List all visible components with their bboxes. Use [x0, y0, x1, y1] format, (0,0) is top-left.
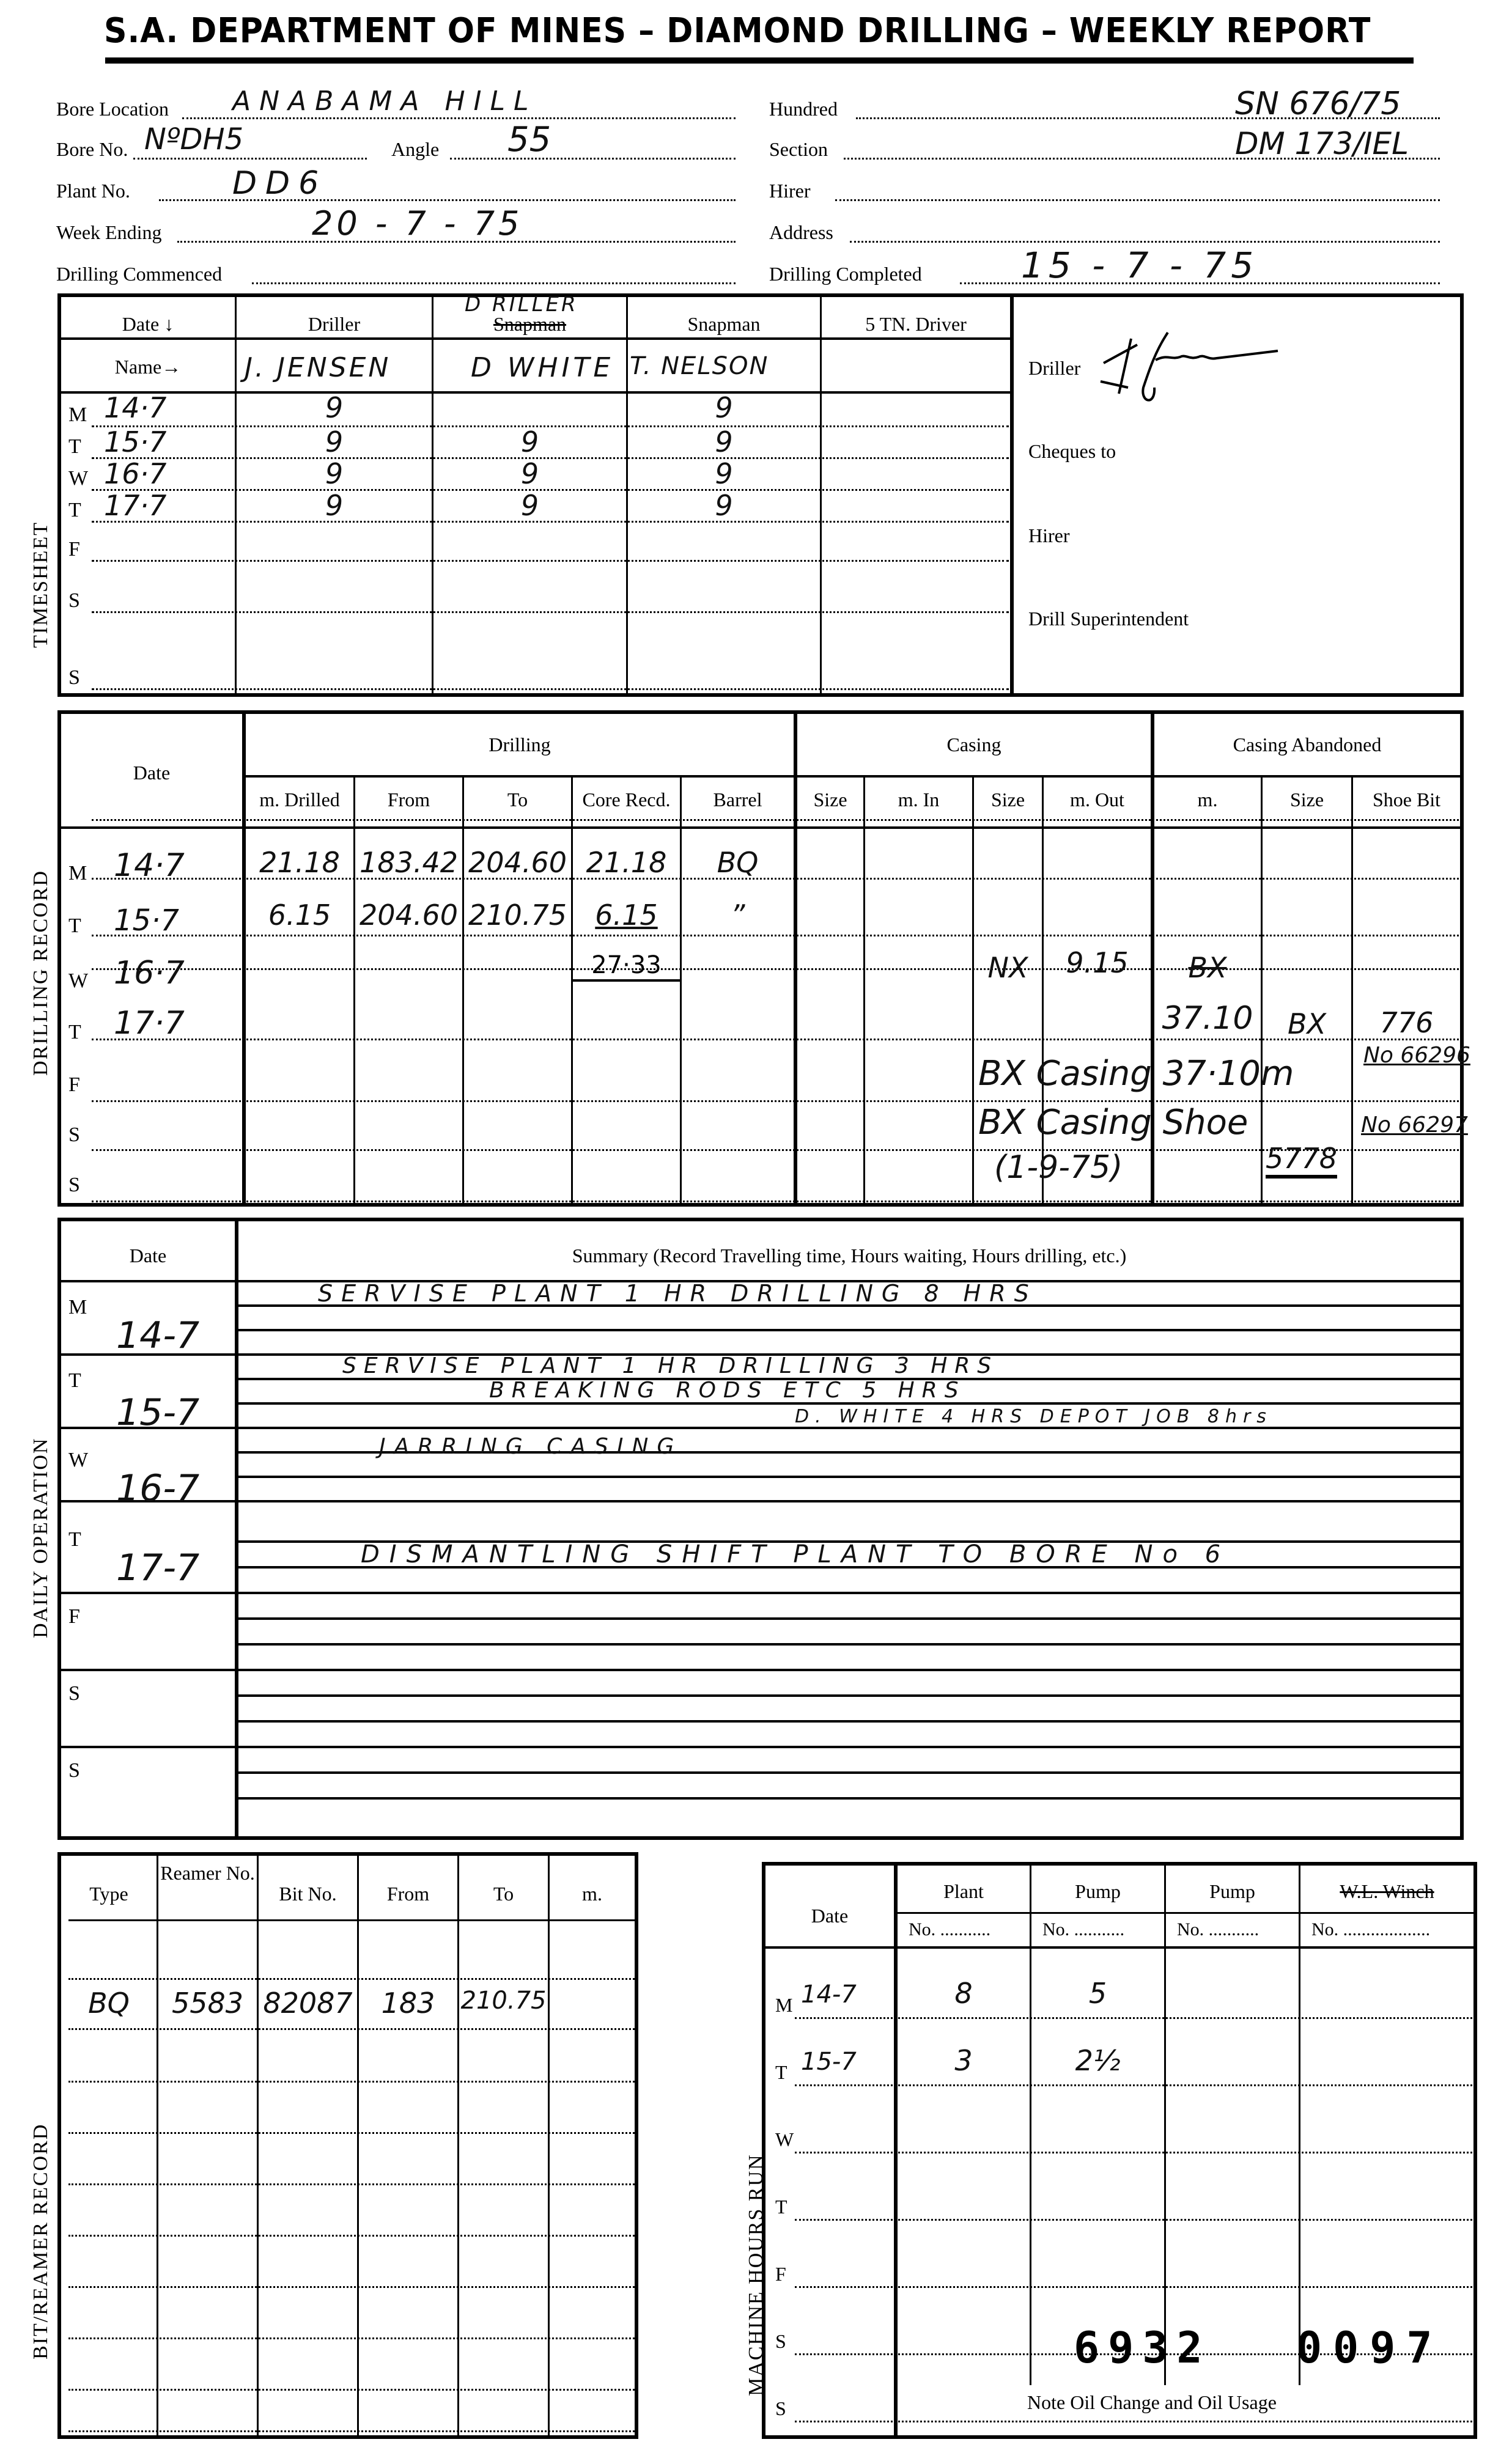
- day-letter: M: [775, 1994, 792, 2017]
- summary-line[interactable]: DISMANTLING SHIFT PLANT TO BORE No 6: [361, 1540, 1230, 1569]
- grid-line: [794, 714, 797, 1203]
- stamp-number-left: 6932: [1074, 2323, 1211, 2373]
- row-date[interactable]: 16·7: [114, 955, 185, 991]
- grid-line: [972, 775, 974, 1203]
- dr-col-header: To: [464, 789, 571, 811]
- mh-date-header: Date: [765, 1905, 894, 1927]
- bore-no-label: Bore No.: [56, 138, 128, 161]
- row-date[interactable]: 16-7: [116, 1467, 199, 1510]
- grid-line: [1164, 1866, 1166, 2385]
- casing-note: BX Casing 37·10m: [978, 1054, 1294, 1094]
- day-letter: T: [68, 1021, 81, 1044]
- hours-cell[interactable]: 9: [433, 457, 626, 490]
- mh-col-header: Pump: [1031, 1880, 1164, 1903]
- angle-label: Angle: [391, 138, 439, 161]
- field-line: [835, 199, 1440, 201]
- grid-line: [157, 1856, 158, 2435]
- hours-cell[interactable]: 9: [237, 489, 432, 522]
- summary-line[interactable]: BREAKING RODS ETC 5 HRS: [489, 1378, 966, 1403]
- grid-line: [863, 775, 865, 1203]
- bore-location-label: Bore Location: [56, 98, 169, 120]
- casing-note: BX Casing Shoe: [978, 1103, 1248, 1142]
- grid-line: [898, 1912, 1473, 1914]
- dr-col-header: Size: [974, 789, 1042, 811]
- grid-line: [61, 337, 1010, 340]
- grid-line: [820, 297, 822, 693]
- row-date[interactable]: 14·7: [104, 391, 166, 424]
- week-ending-value[interactable]: 20 - 7 - 75: [312, 204, 523, 243]
- grid-line: [571, 775, 573, 1203]
- abandoned-m-cell[interactable]: 37.10: [1154, 1000, 1261, 1037]
- m-drilled-cell[interactable]: 6.15: [246, 899, 353, 932]
- hundred-label: Hundred: [769, 98, 838, 120]
- mh-value-cell[interactable]: 5: [1031, 1977, 1164, 2010]
- mh-value-cell[interactable]: 3: [898, 2044, 1030, 2077]
- row-date[interactable]: 14·7: [114, 847, 185, 884]
- dr-col-header: m. Out: [1044, 789, 1151, 811]
- shoe-bit-note: No 66296: [1363, 1043, 1470, 1068]
- day-letter: T: [68, 1528, 81, 1551]
- mh-col-header: W.L. Winch: [1300, 1880, 1473, 1903]
- casing-note: (1-9-75): [994, 1149, 1123, 1186]
- day-letter: M: [68, 403, 87, 427]
- week-ending-label: Week Ending: [56, 221, 161, 244]
- day-letter: F: [68, 538, 80, 561]
- grid-line: [235, 1221, 238, 1836]
- ts-name-header: Name→: [61, 356, 235, 378]
- dr-col-header: Core Recd.: [573, 789, 680, 811]
- grid-line: [246, 775, 1460, 778]
- br-type-cell[interactable]: BQ: [61, 1987, 157, 2020]
- mh-col-sub: No. ...........: [909, 1919, 990, 1940]
- day-letter: M: [68, 1296, 87, 1319]
- core-recd-cell[interactable]: 21.18: [573, 846, 680, 879]
- grid-line: [765, 1946, 1473, 1949]
- to-cell[interactable]: 204.60: [464, 846, 571, 879]
- section-value[interactable]: DM 173/IEL: [1235, 126, 1409, 161]
- grid-line: [1351, 775, 1353, 1203]
- grid-line: [548, 1856, 550, 2435]
- mh-col-header: Plant: [898, 1880, 1030, 1903]
- day-letter: F: [775, 2263, 786, 2286]
- oil-usage-note: Note Oil Change and Oil Usage: [1027, 2391, 1277, 2414]
- grid-line: [68, 1919, 635, 1921]
- drilling-completed-label: Drilling Completed: [769, 263, 922, 285]
- field-line: [850, 241, 1440, 243]
- day-letter: T: [68, 499, 81, 522]
- day-letter: T: [68, 435, 81, 458]
- field-line: [252, 282, 736, 284]
- dr-col-header: Size: [797, 789, 863, 811]
- br-from-cell[interactable]: 183: [359, 1987, 457, 2020]
- day-letter: T: [68, 1369, 81, 1392]
- shoe-bit-cell[interactable]: 776: [1353, 1006, 1460, 1039]
- br-col-header: m.: [550, 1883, 635, 1905]
- br-bit-cell[interactable]: 82087: [259, 1987, 357, 2020]
- ts-col-header: 5 TN. Driver: [822, 313, 1010, 336]
- day-letter: W: [68, 467, 88, 490]
- day-letter: T: [68, 914, 81, 938]
- hours-cell[interactable]: 9: [628, 425, 820, 458]
- hours-cell[interactable]: 9: [237, 457, 432, 490]
- barrel-cell[interactable]: BQ: [682, 846, 794, 879]
- row-date[interactable]: 17·7: [104, 489, 166, 522]
- from-cell[interactable]: 183.42: [355, 846, 462, 879]
- dr-drilling-group: Drilling: [246, 734, 794, 756]
- ts-name[interactable]: J. JENSEN: [245, 352, 391, 383]
- dr-col-header: From: [355, 789, 462, 811]
- from-cell[interactable]: 204.60: [355, 899, 462, 932]
- casing-m-out-cell[interactable]: 9.15: [1044, 946, 1151, 979]
- br-to-cell[interactable]: 210.75: [459, 1987, 548, 2015]
- title-underline: [105, 57, 1414, 64]
- day-letter: S: [68, 666, 80, 690]
- address-label: Address: [769, 221, 833, 244]
- dr-col-header: Barrel: [682, 789, 794, 811]
- section-label: Section: [769, 138, 828, 161]
- row-date[interactable]: 15·7: [104, 425, 166, 458]
- bit-reamer-side-label: BIT/REAMER RECORD: [29, 2124, 53, 2359]
- drill-superintendent-label: Drill Superintendent: [1028, 608, 1189, 630]
- day-letter: W: [68, 1449, 88, 1472]
- br-col-header: Type: [61, 1883, 157, 1905]
- summary-line[interactable]: SERVISE PLANT 1 HR DRILLING 3 HRS: [342, 1353, 998, 1378]
- day-letter: S: [68, 589, 80, 612]
- br-col-header: From: [359, 1883, 457, 1905]
- hours-cell[interactable]: 9: [628, 489, 820, 522]
- br-col-header: Reamer No.: [158, 1862, 257, 1884]
- field-line: [133, 158, 367, 160]
- hours-cell[interactable]: 9: [433, 425, 626, 458]
- core-total-cell[interactable]: 27·33: [573, 951, 680, 982]
- grid-line: [1030, 1866, 1031, 2385]
- summary-line[interactable]: SERVISE PLANT 1 HR DRILLING 8 HRS: [318, 1280, 1038, 1307]
- drilling-completed-value[interactable]: 15 - 7 - 75: [1021, 245, 1258, 286]
- day-letter: S: [68, 1124, 80, 1147]
- row-date[interactable]: 14-7: [116, 1314, 199, 1357]
- row-date[interactable]: 15·7: [114, 903, 179, 938]
- summary-line[interactable]: D. WHITE 4 HRS DEPOT JOB 8hrs: [795, 1406, 1272, 1427]
- summary-line[interactable]: JARRING CASING: [379, 1434, 682, 1459]
- dr-col-header: m.: [1154, 789, 1261, 811]
- abandoned-m-struck: BX: [1154, 951, 1261, 984]
- angle-value[interactable]: 55: [507, 120, 551, 160]
- ts-col-header: Snapman: [628, 313, 820, 336]
- day-letter: S: [68, 1682, 80, 1705]
- bit-reamer-box: [57, 1852, 638, 2439]
- hours-cell[interactable]: 9: [237, 425, 432, 458]
- bore-location-value[interactable]: ANABAMA HILL: [232, 86, 537, 117]
- field-line: [182, 117, 736, 119]
- br-col-header: Bit No.: [259, 1883, 357, 1905]
- grid-line: [1261, 775, 1263, 1203]
- mh-col-sub: No. ...................: [1311, 1919, 1430, 1940]
- hours-cell[interactable]: 9: [628, 457, 820, 490]
- plant-no-value[interactable]: DD6: [232, 165, 327, 202]
- row-date[interactable]: 15-7: [116, 1391, 199, 1434]
- row-date[interactable]: 14-7: [801, 1980, 857, 2009]
- grid-line: [61, 391, 1010, 394]
- field-line: [450, 158, 736, 160]
- plant-no-label: Plant No.: [56, 180, 130, 202]
- shoe-no-note: 5778: [1266, 1142, 1337, 1179]
- barrel-cell[interactable]: ”: [682, 899, 794, 932]
- grid-line: [894, 1866, 898, 2435]
- casing-size-cell[interactable]: NX: [974, 951, 1042, 984]
- drilling-record-side-label: DRILLING RECORD: [29, 870, 53, 1076]
- row-date[interactable]: 17·7: [114, 1005, 185, 1042]
- day-letter: S: [68, 1174, 80, 1197]
- row-date[interactable]: 15-7: [801, 2048, 857, 2076]
- dr-col-header: m. Drilled: [246, 789, 353, 811]
- to-cell[interactable]: 210.75: [464, 899, 571, 932]
- do-summary-header: Summary (Record Travelling time, Hours w…: [238, 1245, 1460, 1267]
- day-letter: W: [775, 2128, 794, 2151]
- day-letter: S: [775, 2330, 786, 2353]
- do-date-header: Date: [61, 1245, 235, 1267]
- hours-cell[interactable]: 9: [628, 391, 820, 424]
- drilling-commenced-label: Drilling Commenced: [56, 263, 222, 285]
- day-letter: S: [68, 1759, 80, 1782]
- signoff-driller-label: Driller: [1028, 357, 1080, 380]
- mh-col-sub: No. ...........: [1042, 1919, 1124, 1940]
- hours-cell[interactable]: 9: [237, 391, 432, 424]
- br-col-header: To: [459, 1883, 548, 1905]
- row-date[interactable]: 17-7: [116, 1546, 199, 1589]
- grid-line: [462, 775, 464, 1203]
- dr-abandoned-group: Casing Abandoned: [1154, 734, 1460, 756]
- mh-col-header: Pump: [1166, 1880, 1299, 1903]
- shoe-bit-note: No 66297: [1361, 1112, 1468, 1138]
- day-letter: T: [775, 2061, 787, 2084]
- dr-col-header: Size: [1263, 789, 1351, 811]
- m-drilled-cell[interactable]: 21.18: [246, 846, 353, 879]
- bore-no-value[interactable]: NºDH5: [144, 122, 243, 156]
- mh-value-cell[interactable]: 2½: [1031, 2044, 1164, 2077]
- grid-line: [357, 1856, 359, 2435]
- hirer-label: Hirer: [769, 180, 811, 202]
- ts-date-header: Date ↓: [61, 313, 235, 336]
- grid-line: [353, 775, 355, 1203]
- row-date[interactable]: 16·7: [104, 457, 166, 490]
- hundred-value[interactable]: SN 676/75: [1235, 86, 1401, 122]
- ts-col-header: Driller: [237, 313, 432, 336]
- grid-line: [1299, 1866, 1300, 2385]
- ts-name[interactable]: D WHITE: [471, 352, 614, 383]
- grid-line: [457, 1856, 459, 2435]
- dr-casing-group: Casing: [797, 734, 1151, 756]
- grid-line: [257, 1856, 259, 2435]
- core-recd-cell[interactable]: 6.15: [573, 899, 680, 932]
- cheques-to-label: Cheques to: [1028, 440, 1116, 463]
- daily-operation-side-label: DAILY OPERATION: [29, 1438, 53, 1638]
- day-letter: F: [68, 1605, 80, 1628]
- mh-value-cell[interactable]: 8: [898, 1977, 1030, 2010]
- timesheet-side-label: TIMESHEET: [29, 521, 53, 648]
- grid-line: [61, 826, 1460, 829]
- day-letter: S: [775, 2397, 786, 2420]
- report-title: S.A. DEPARTMENT OF MINES – DIAMOND DRILL…: [104, 11, 1321, 51]
- grid-line: [242, 714, 246, 1203]
- dr-date-header: Date: [61, 762, 242, 784]
- day-letter: F: [68, 1073, 80, 1097]
- dr-col-header: m. In: [865, 789, 972, 811]
- driller-signature[interactable]: [1082, 326, 1327, 412]
- day-letter: W: [68, 969, 88, 993]
- day-letter: T: [775, 2196, 787, 2218]
- dr-col-header: Shoe Bit: [1353, 789, 1460, 811]
- day-letter: M: [68, 862, 87, 885]
- hours-cell[interactable]: 9: [433, 489, 626, 522]
- ts-name[interactable]: T. NELSON: [630, 352, 769, 380]
- stamp-number-right: 0097: [1296, 2323, 1444, 2373]
- mh-col-sub: No. ...........: [1177, 1919, 1259, 1940]
- signature-icon: [1082, 326, 1327, 412]
- abandoned-size-cell[interactable]: BX: [1263, 1007, 1351, 1040]
- br-reamer-cell[interactable]: 5583: [158, 1987, 257, 2020]
- ts-col-override: D RILLER: [465, 292, 578, 317]
- signoff-hirer-label: Hirer: [1028, 524, 1070, 547]
- grid-line: [1010, 297, 1014, 693]
- grid-line: [680, 775, 682, 1203]
